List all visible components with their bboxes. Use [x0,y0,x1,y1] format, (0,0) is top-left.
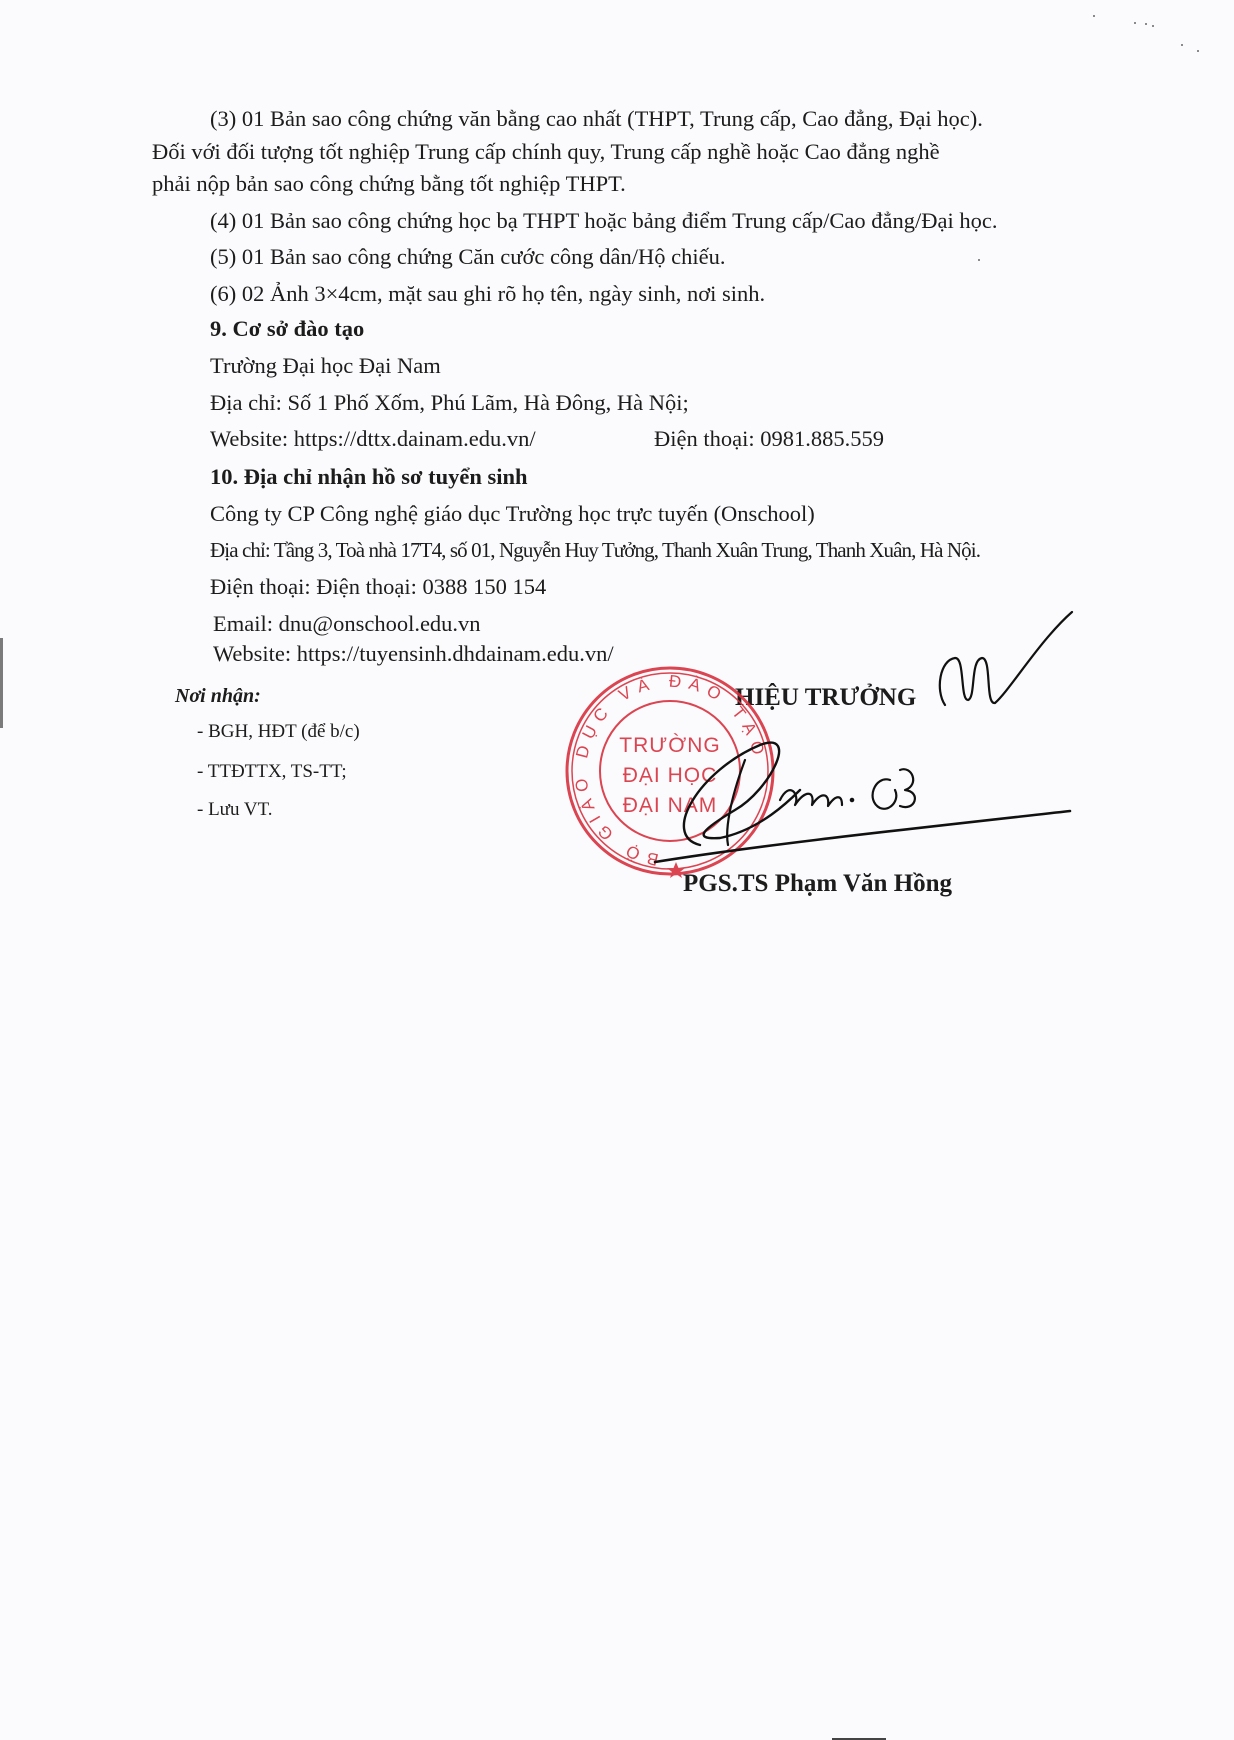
requirement-4: (4) 01 Bản sao công chứng học bạ THPT ho… [210,210,997,233]
section-9-institution: Trường Đại học Đại Nam [210,355,441,378]
scan-speck [1197,50,1199,52]
section-10-company: Công ty CP Công nghệ giáo dục Trường học… [210,503,815,526]
section-9-phone: Điện thoại: 0981.885.559 [654,428,884,451]
section-9-heading: 9. Cơ sở đào tạo [210,318,364,341]
requirement-3-line-3: phải nộp bản sao công chứng bằng tốt ngh… [152,173,626,196]
requirement-6: (6) 02 Ảnh 3×4cm, mặt sau ghi rõ họ tên,… [210,283,765,306]
requirement-3-line-2: Đối với đối tượng tốt nghiệp Trung cấp c… [152,141,940,164]
section-10-phone: Điện thoại: Điện thoại: 0388 150 154 [210,576,546,599]
requirement-3-line-1: (3) 01 Bản sao công chứng văn bằng cao n… [210,108,983,131]
section-10-address: Địa chỉ: Tầng 3, Toà nhà 17T4, số 01, Ng… [210,540,980,561]
scan-speck [978,259,980,261]
scan-speck [1181,44,1183,46]
scan-speck [1093,15,1095,17]
handwritten-signature [655,612,1072,862]
recipient-item: - TTĐTTX, TS-TT; [197,762,347,781]
section-10-website: Website: https://tuyensinh.dhdainam.edu.… [213,643,614,666]
section-10-heading: 10. Địa chỉ nhận hồ sơ tuyển sinh [210,466,528,489]
recipients-label: Nơi nhận: [175,686,261,706]
document-page: (3) 01 Bản sao công chứng văn bằng cao n… [0,0,1234,1740]
section-9-address: Địa chỉ: Số 1 Phố Xốm, Phú Lãm, Hà Đông,… [210,392,689,415]
section-10-email: Email: dnu@onschool.edu.vn [213,613,481,636]
scan-speck [1145,23,1147,25]
section-9-website: Website: https://dttx.dainam.edu.vn/ [210,428,536,451]
recipient-item: - BGH, HĐT (để b/c) [197,722,360,741]
scan-speck [1152,25,1154,27]
recipient-item: - Lưu VT. [197,800,273,819]
stamp-center-line: TRƯỜNG [619,734,720,757]
scan-edge-mark [0,638,3,728]
signatory-title: HIỆU TRƯỞNG [735,684,916,712]
stamp-center-line: ĐẠI HỌC [623,764,718,787]
stamp-center-line: ĐẠI NAM [623,794,718,817]
signatory-name: PGS.TS Phạm Văn Hồng [683,870,952,898]
scan-speck [1134,22,1136,24]
requirement-5: (5) 01 Bản sao công chứng Căn cước công … [210,246,726,269]
